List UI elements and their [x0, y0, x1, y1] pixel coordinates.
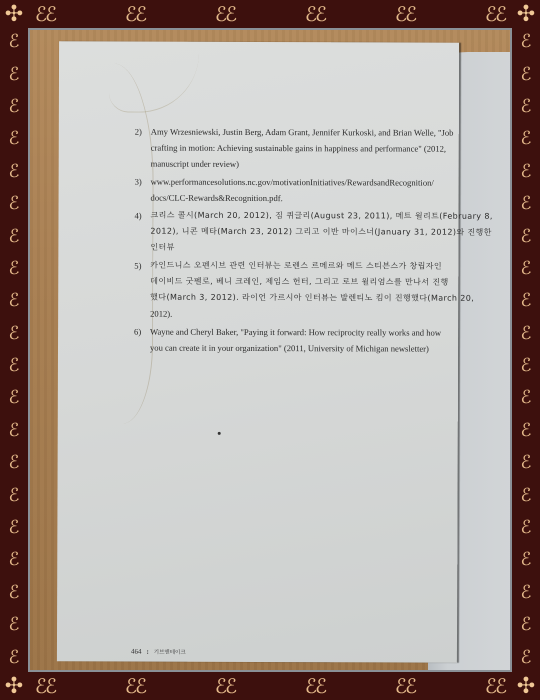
scroll-ornament-icon: ℰ	[521, 616, 532, 634]
scroll-ornament-icon: ℰ	[521, 325, 532, 343]
page-footer: 464 : 기브앤테이크	[131, 648, 186, 656]
scroll-ornament-icon: ℰ	[9, 551, 20, 569]
scroll-ornament-icon: ℰℰ	[215, 674, 235, 698]
endnote-line: www.performancesolutions.nc.gov/motivati…	[151, 174, 435, 191]
scroll-ornament-icon: ℰ	[521, 487, 532, 505]
scroll-ornament-icon: ℰℰ	[485, 674, 505, 698]
scroll-ornament-icon: ℰ	[9, 584, 20, 602]
endnote-item: 2)Amy Wrzesniewski, Justin Berg, Adam Gr…	[135, 124, 435, 173]
scroll-ornament-icon: ℰ	[9, 260, 20, 278]
scroll-ornament-icon: ℰ	[9, 98, 20, 116]
scroll-ornament-icon: ℰ	[521, 98, 532, 116]
scroll-ornament-icon: ℰ	[9, 357, 20, 375]
endnotes: 2)Amy Wrzesniewski, Justin Berg, Adam Gr…	[134, 124, 435, 359]
endnote-line: 2012), 니콘 메타(March 23, 2012) 그리고 이반 마이스너…	[150, 224, 434, 241]
scroll-ornament-icon: ℰ	[521, 228, 532, 246]
scroll-ornament-icon: ℰ	[9, 325, 20, 343]
endnote-line: 데이비드 굿펠로, 베니 크레인, 제임스 헌터, 그리고 로브 윌리엄스를 만…	[150, 274, 434, 291]
water-stain	[109, 51, 199, 112]
scroll-ornament-icon: ℰℰ	[125, 674, 145, 698]
endnote-line: 2012).	[150, 306, 434, 323]
scroll-ornament-icon: ℰ	[521, 260, 532, 278]
corner-ornament-icon: ✣	[0, 0, 28, 28]
scroll-ornament-icon: ℰ	[521, 357, 532, 375]
endnote-line: 했다(March 3, 2012). 라이언 가르시아 인터뷰는 발렌티노 킴이…	[150, 290, 434, 307]
scroll-ornament-icon: ℰ	[9, 228, 20, 246]
endnote-line: you can create it in your organization" …	[150, 340, 434, 357]
ornament-border-left: ℰℰℰℰℰℰℰℰℰℰℰℰℰℰℰℰℰℰℰℰ	[1, 26, 27, 674]
scroll-ornament-icon: ℰℰ	[125, 2, 145, 26]
scroll-ornament-icon: ℰ	[521, 649, 532, 667]
decorative-frame: ℰℰℰℰℰℰℰℰℰℰℰℰ ℰℰℰℰℰℰℰℰℰℰℰℰ ℰℰℰℰℰℰℰℰℰℰℰℰℰℰ…	[0, 0, 540, 700]
scroll-ornament-icon: ℰ	[9, 422, 20, 440]
scroll-ornament-icon: ℰℰ	[305, 674, 325, 698]
endnote-line: 카인드니스 오펜시브 관련 인터뷰는 로렌스 르메르와 메드 스티븐스가 창립자…	[150, 258, 434, 275]
scroll-ornament-icon: ℰℰ	[305, 2, 325, 26]
endnote-line: docs/CLC-Rewards&Recognition.pdf.	[151, 190, 435, 207]
ornament-border-top: ℰℰℰℰℰℰℰℰℰℰℰℰ	[0, 0, 540, 28]
corner-ornament-icon: ✣	[512, 0, 540, 28]
scroll-ornament-icon: ℰ	[521, 163, 532, 181]
scroll-ornament-icon: ℰℰ	[35, 674, 55, 698]
scroll-ornament-icon: ℰ	[9, 519, 20, 537]
endnote-number: 5)	[134, 258, 141, 274]
book-page: 2)Amy Wrzesniewski, Justin Berg, Adam Gr…	[57, 41, 459, 662]
footer-separator: :	[146, 648, 148, 656]
endnote-item: 4)크리스 콜시(March 20, 2012), 짐 퀴글리(August 2…	[134, 208, 434, 257]
scroll-ornament-icon: ℰ	[521, 130, 532, 148]
scroll-ornament-icon: ℰℰ	[395, 674, 415, 698]
scroll-ornament-icon: ℰ	[9, 487, 20, 505]
scroll-ornament-icon: ℰ	[521, 551, 532, 569]
scroll-ornament-icon: ℰ	[9, 649, 20, 667]
scroll-ornament-icon: ℰ	[9, 454, 20, 472]
scroll-ornament-icon: ℰ	[521, 33, 532, 51]
endnote-number: 6)	[134, 324, 141, 340]
scroll-ornament-icon: ℰℰ	[215, 2, 235, 26]
scroll-ornament-icon: ℰ	[521, 519, 532, 537]
endnote-item: 3)www.performancesolutions.nc.gov/motiva…	[135, 174, 435, 207]
scroll-ornament-icon: ℰ	[521, 66, 532, 84]
scroll-ornament-icon: ℰ	[9, 33, 20, 51]
book-photo: 2)Amy Wrzesniewski, Justin Berg, Adam Gr…	[28, 28, 512, 672]
scroll-ornament-icon: ℰℰ	[485, 2, 505, 26]
endnote-line: Amy Wrzesniewski, Justin Berg, Adam Gran…	[151, 124, 435, 141]
corner-ornament-icon: ✣	[512, 672, 540, 700]
scroll-ornament-icon: ℰ	[9, 163, 20, 181]
endnote-line: Wayne and Cheryl Baker, "Paying it forwa…	[150, 324, 434, 341]
page-number: 464	[131, 648, 142, 656]
endnote-line: manuscript under review)	[151, 156, 435, 173]
endnote-number: 4)	[134, 208, 141, 224]
endnote-number: 3)	[135, 174, 142, 190]
scroll-ornament-icon: ℰℰ	[395, 2, 415, 26]
scroll-ornament-icon: ℰ	[9, 195, 20, 213]
scroll-ornament-icon: ℰ	[9, 389, 20, 407]
scroll-ornament-icon: ℰ	[9, 616, 20, 634]
endnote-line: 인터뷰	[150, 240, 434, 257]
scroll-ornament-icon: ℰ	[521, 454, 532, 472]
scroll-ornament-icon: ℰℰ	[35, 2, 55, 26]
scroll-ornament-icon: ℰ	[9, 130, 20, 148]
scroll-ornament-icon: ℰ	[521, 389, 532, 407]
endnote-line: 크리스 콜시(March 20, 2012), 짐 퀴글리(August 23,…	[150, 208, 434, 225]
scroll-ornament-icon: ℰ	[9, 292, 20, 310]
endnote-number: 2)	[135, 124, 142, 140]
ornament-border-bottom: ℰℰℰℰℰℰℰℰℰℰℰℰ	[0, 672, 540, 700]
scroll-ornament-icon: ℰ	[521, 292, 532, 310]
endnote-item: 5)카인드니스 오펜시브 관련 인터뷰는 로렌스 르메르와 메드 스티븐스가 창…	[134, 258, 434, 323]
scroll-ornament-icon: ℰ	[521, 584, 532, 602]
scroll-ornament-icon: ℰ	[521, 422, 532, 440]
endnote-item: 6)Wayne and Cheryl Baker, "Paying it for…	[134, 324, 434, 357]
scroll-ornament-icon: ℰ	[521, 195, 532, 213]
endnote-line: crafting in motion: Achieving sustainabl…	[151, 140, 435, 157]
ink-speck	[218, 432, 221, 435]
book-title: 기브앤테이크	[154, 648, 186, 656]
scroll-ornament-icon: ℰ	[9, 66, 20, 84]
ornament-border-right: ℰℰℰℰℰℰℰℰℰℰℰℰℰℰℰℰℰℰℰℰ	[513, 26, 539, 674]
corner-ornament-icon: ✣	[0, 672, 28, 700]
